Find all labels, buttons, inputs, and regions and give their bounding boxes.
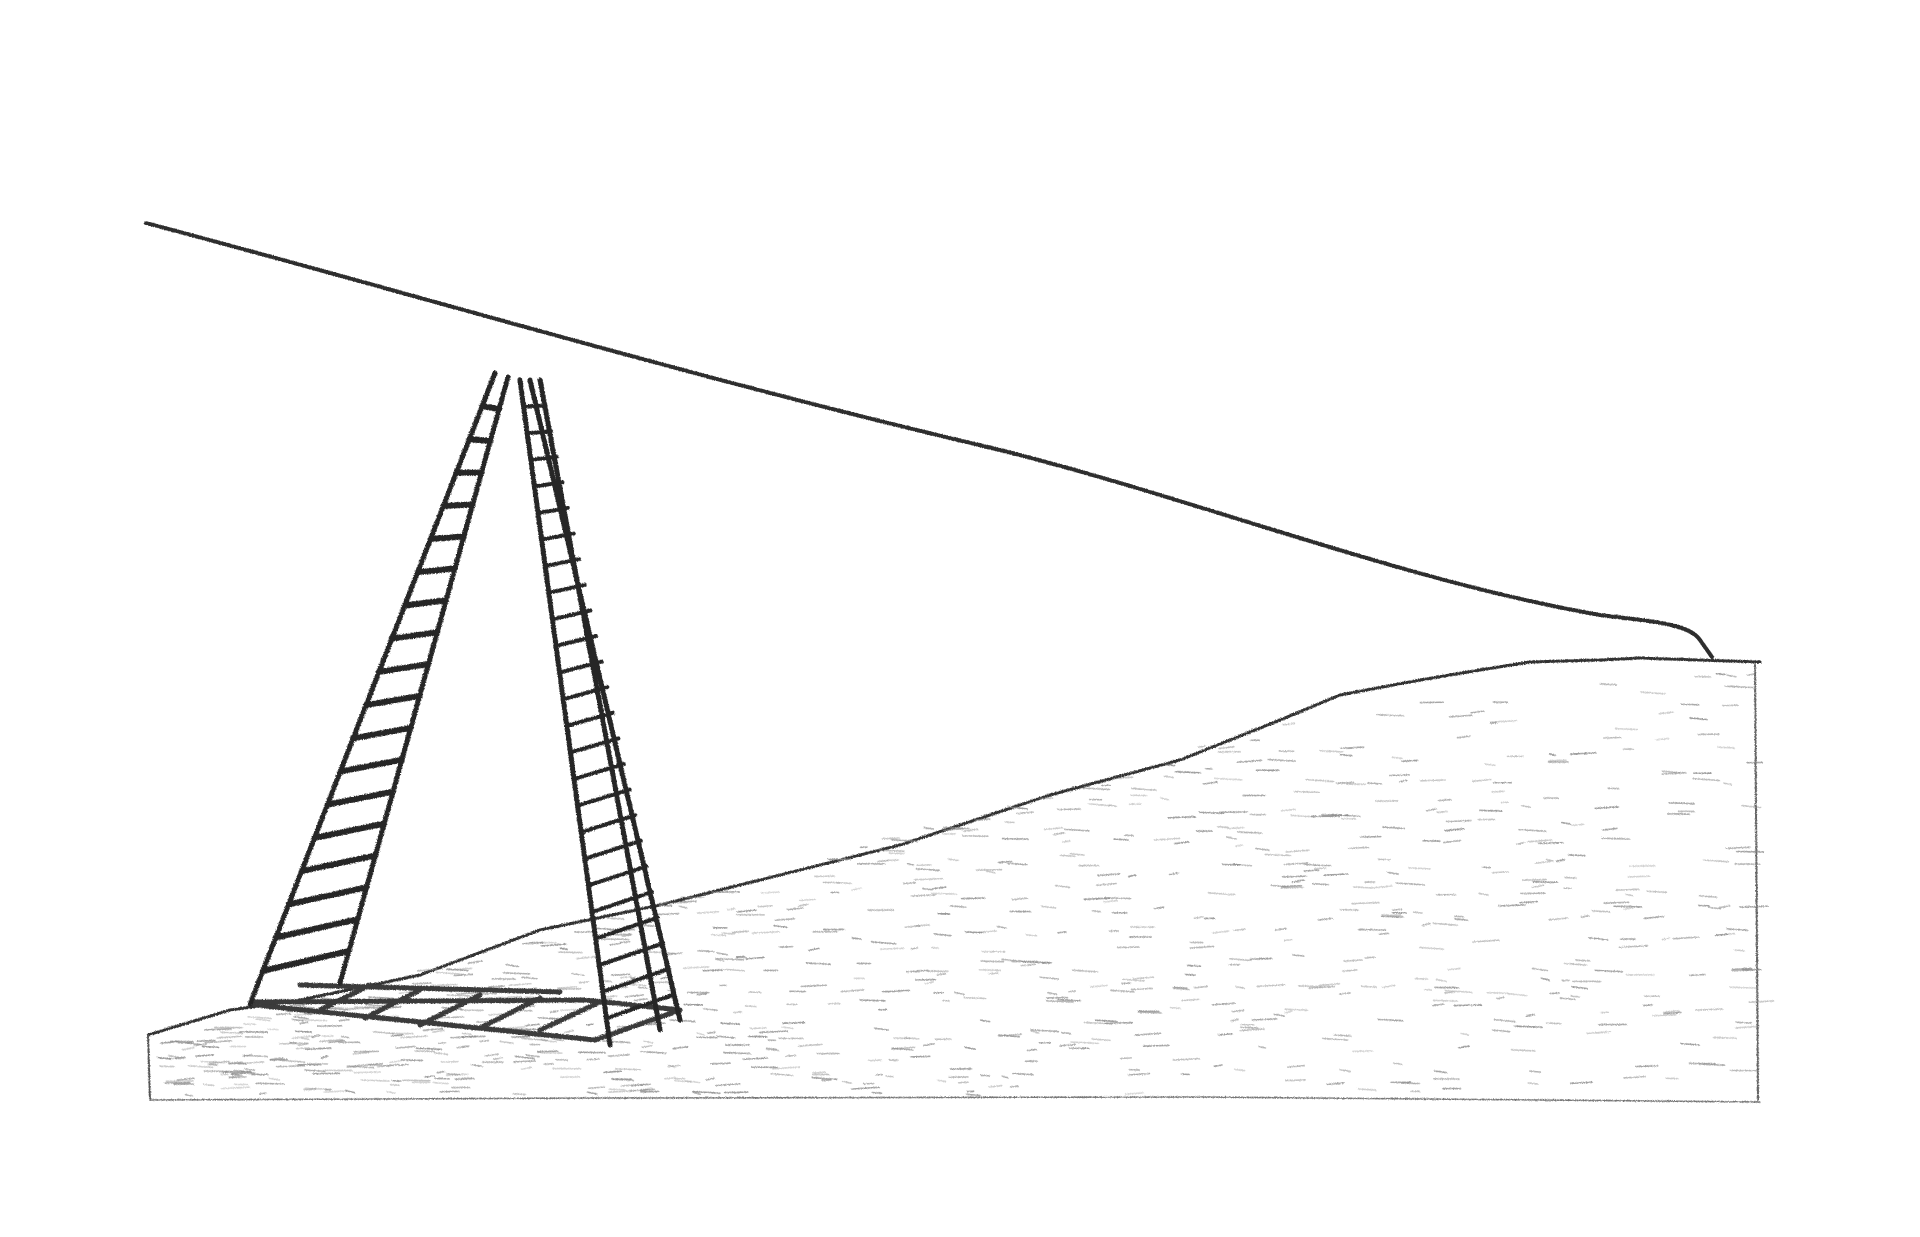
- ladder-rung: [443, 505, 472, 506]
- ladder-rung: [418, 568, 455, 572]
- ladder-rung: [431, 536, 464, 539]
- ladder-rung: [469, 439, 490, 440]
- ladder-rung: [527, 431, 551, 433]
- pencil-drawing: [0, 0, 1920, 1237]
- ladder-rung: [482, 406, 499, 409]
- ladder-rung: [524, 406, 546, 407]
